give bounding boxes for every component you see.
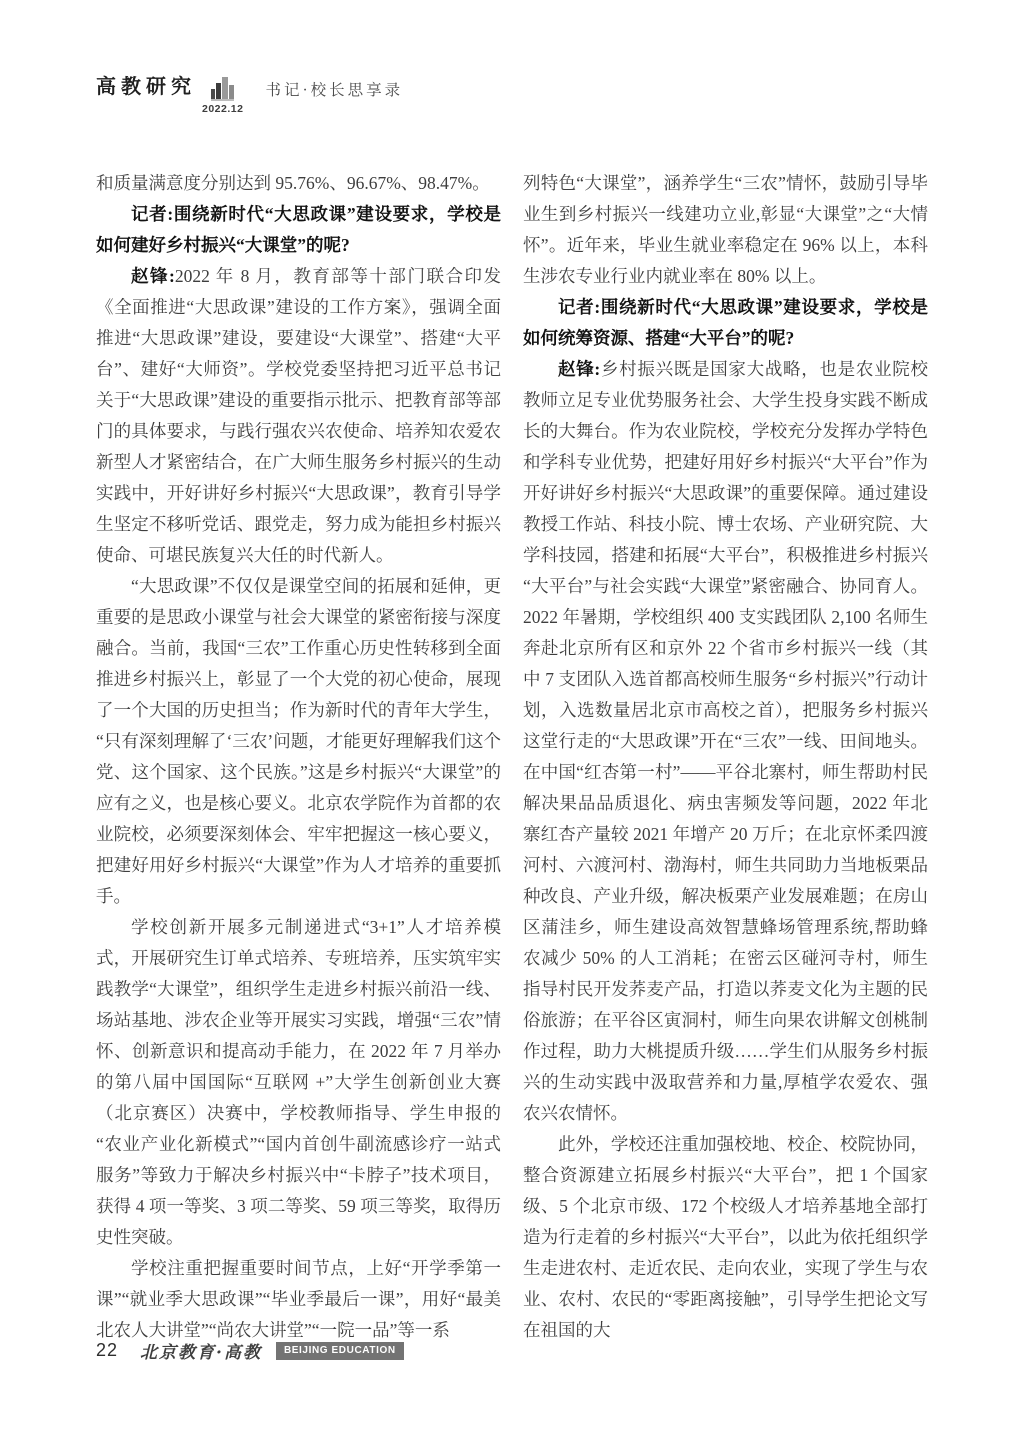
journal-name-calligraphy: 北京教育·高教 [140,1338,262,1363]
column-title: 书记·校长思享录 [265,78,403,100]
paragraph: “大思政课”不仅仅是课堂空间的拓展和延伸，更重要的是思政小课堂与社会大课堂的紧密… [96,571,501,912]
interviewer-question: 记者:围绕新时代“大思政课”建设要求，学校是如何统筹资源、搭建“大平台”的呢? [523,292,928,354]
speaker-label: 记者: [558,297,600,317]
left-column: 和质量满意度分别达到 95.76%、96.67%、98.47%。 记者:围绕新时… [96,168,501,1346]
page-header: 高教研究 2022.12 书记·校长思享录 [96,74,934,115]
article-body: 和质量满意度分别达到 95.76%、96.67%、98.47%。 记者:围绕新时… [96,168,928,1346]
interviewer-question: 记者:围绕新时代“大思政课”建设要求，学校是如何建好乡村振兴“大课堂”的呢? [96,199,501,261]
issue-date: 2022.12 [202,103,243,115]
page-footer: 22 北京教育·高教 BEIJING EDUCATION [96,1338,404,1363]
journal-logo: 2022.12 [202,74,243,115]
magazine-page: 高教研究 2022.12 书记·校长思享录 和质量满意度分别达到 95.76%、… [0,0,1024,1448]
page-number: 22 [96,1340,118,1361]
paragraph: 列特色“大课堂”，涵养学生“三农”情怀，鼓励引导毕业生到乡村振兴一线建功立业,彰… [523,168,928,292]
journal-title: 高教研究 [96,74,196,100]
paragraph: 此外，学校还注重加强校地、校企、校院协同，整合资源建立拓展乡村振兴“大平台”，把… [523,1129,928,1346]
speaker-label: 赵锋: [558,359,600,379]
speaker-label: 赵锋: [131,266,175,286]
speaker-label: 记者: [131,204,173,224]
right-column: 列特色“大课堂”，涵养学生“三农”情怀，鼓励引导毕业生到乡村振兴一线建功立业,彰… [523,168,928,1346]
interviewee-answer: 赵锋:乡村振兴既是国家大战略，也是农业院校教师立足专业优势服务社会、大学生投身实… [523,354,928,1129]
paragraph: 学校注重把握重要时间节点，上好“开学季第一课”“就业季大思政课”“毕业季最后一课… [96,1253,501,1346]
paragraph: 和质量满意度分别达到 95.76%、96.67%、98.47%。 [96,168,501,199]
interviewee-answer: 赵锋:2022 年 8 月，教育部等十部门联合印发《全面推进“大思政课”建设的工… [96,261,501,571]
edition-badge: BEIJING EDUCATION [276,1342,404,1360]
skyline-icon [210,74,236,102]
paragraph: 学校创新开展多元制递进式“3+1”人才培养模式，开展研究生订单式培养、专班培养，… [96,912,501,1253]
